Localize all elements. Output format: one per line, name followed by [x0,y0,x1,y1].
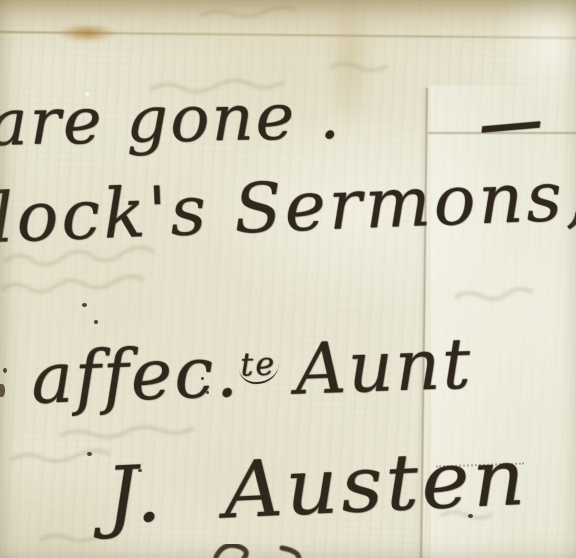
ink-speck [468,514,473,518]
handwritten-text: are gone . [0,80,343,161]
superscript-te: te [239,347,280,385]
letter-photograph: are gone . — lock's Sermons, affec.teAun… [0,0,576,558]
signature-text: J. Austen [104,433,530,542]
handwritten-line-are-gone: are gone . [0,85,342,156]
ink-speck [82,303,87,307]
ink-speck [206,391,209,394]
ink-speck [138,469,142,472]
word-aunt: Aunt [294,323,474,411]
ink-speck [3,368,7,373]
handwritten-line-affectionate-aunt: affec.teAunt [30,329,473,414]
ink-speck [201,377,204,380]
ink-speck [94,320,98,324]
signature-j-austen: J. Austen [104,439,529,536]
dash-glyph: — [476,90,546,156]
paper-fleck [85,92,89,96]
ink-speck [87,452,92,456]
handwritten-dash: — [476,95,545,152]
abbreviation-affec: affec. [30,331,241,420]
